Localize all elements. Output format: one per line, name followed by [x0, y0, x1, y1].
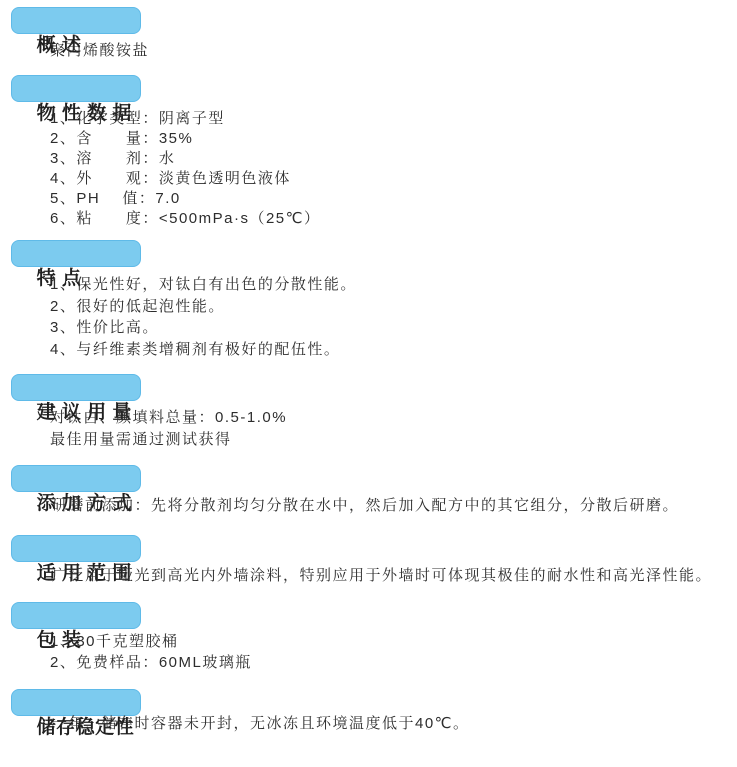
text-line: 1、化学类型：阴离子型	[50, 109, 321, 129]
text-line: 一年，储存时容器未开封，无冰冻且环境温度低于40℃。	[52, 714, 470, 734]
text-line: 1、保光性好，对钛白有出色的分散性能。	[50, 274, 357, 296]
section-header-application-scope: 适 用 范 围	[11, 535, 141, 562]
text-line: 聚丙烯酸铵盐	[50, 41, 149, 61]
text-line: 研磨前添加：先将分散剂均匀分散在水中，然后加入配方中的其它组分，分散后研磨。	[52, 496, 679, 516]
text-line: 广泛用于哑光到高光内外墙涂料，特别应用于外墙时可体现其极佳的耐水性和高光泽性能。	[52, 566, 712, 586]
text-line: 3、性价比高。	[50, 317, 357, 339]
section-header-features: 特 点	[11, 240, 141, 267]
text-line: 2、免费样品：60ML玻璃瓶	[50, 652, 252, 673]
text-line: 2、很好的低起泡性能。	[50, 296, 357, 318]
text-line: 6、粘 度：<500mPa·s（25℃）	[50, 209, 321, 229]
text-line: 1、30千克塑胶桶	[50, 631, 252, 652]
text-line: 2、含 量：35%	[50, 129, 321, 149]
text-line: 4、外 观：淡黄色透明色液体	[50, 169, 321, 189]
section-body-physical-data: 1、化学类型：阴离子型 2、含 量：35% 3、溶 剂：水 4、外 观：淡黄色透…	[50, 109, 321, 229]
text-line: 4、与纤维素类增稠剂有极好的配伍性。	[50, 339, 357, 361]
text-line: 最佳用量需通过测试获得	[50, 429, 287, 451]
section-header-suggested-dosage: 建 议 用 量	[11, 374, 141, 401]
section-body-addition-method: 研磨前添加：先将分散剂均匀分散在水中，然后加入配方中的其它组分，分散后研磨。	[52, 496, 679, 516]
text-line: 对钛白、颜填料总量：0.5-1.0%	[50, 407, 287, 429]
section-header-packaging: 包 装	[11, 602, 141, 629]
text-line: 3、溶 剂：水	[50, 149, 321, 169]
section-body-application-scope: 广泛用于哑光到高光内外墙涂料，特别应用于外墙时可体现其极佳的耐水性和高光泽性能。	[52, 566, 712, 586]
section-header-storage-stability: 储存稳定性	[11, 689, 141, 716]
section-body-packaging: 1、30千克塑胶桶 2、免费样品：60ML玻璃瓶	[50, 631, 252, 673]
section-body-suggested-dosage: 对钛白、颜填料总量：0.5-1.0% 最佳用量需通过测试获得	[50, 407, 287, 451]
section-header-addition-method: 添 加 方 式	[11, 465, 141, 492]
text-line: 5、PH 值：7.0	[50, 189, 321, 209]
section-body-overview: 聚丙烯酸铵盐	[50, 41, 149, 61]
section-header-physical-data: 物 性 数 据	[11, 75, 141, 102]
section-body-storage-stability: 一年，储存时容器未开封，无冰冻且环境温度低于40℃。	[52, 714, 470, 734]
section-header-overview: 概 述	[11, 7, 141, 34]
section-body-features: 1、保光性好，对钛白有出色的分散性能。 2、很好的低起泡性能。 3、性价比高。 …	[50, 274, 357, 361]
